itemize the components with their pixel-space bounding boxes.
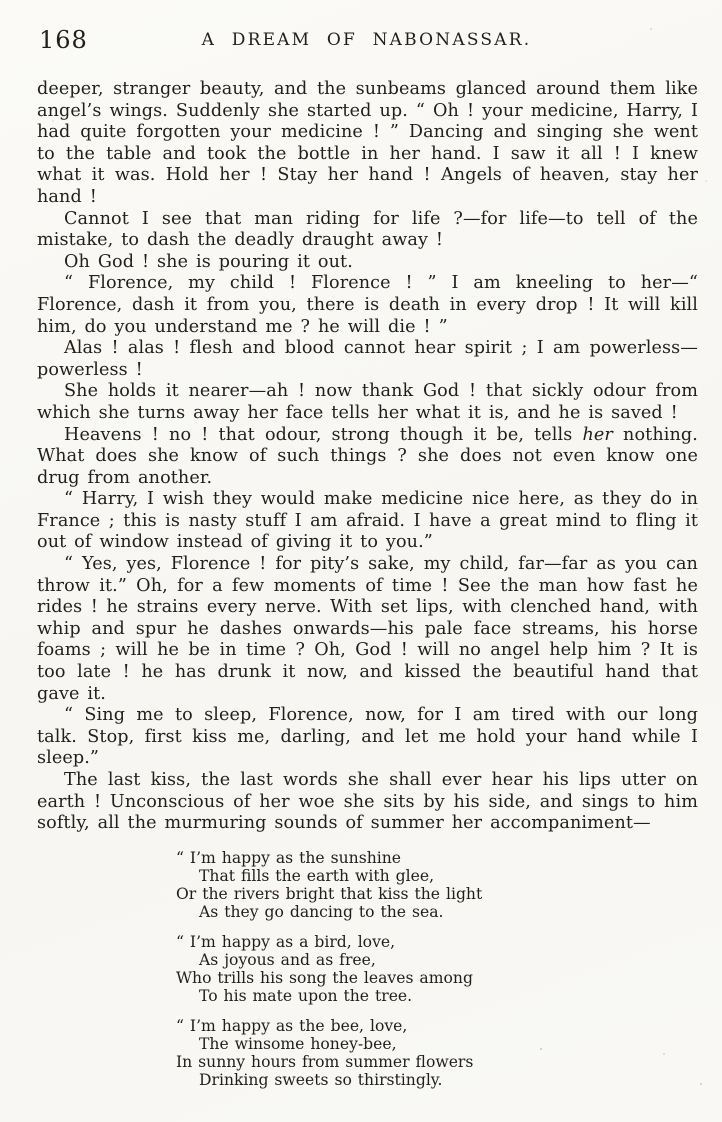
- paragraph: Heavens ! no ! that odour, strong though…: [37, 425, 698, 490]
- poem-line: The winsome honey-bee,: [176, 1035, 698, 1053]
- running-title: A DREAM OF NABONASSAR.: [37, 25, 696, 55]
- poem-line: As joyous and as free,: [176, 951, 698, 969]
- poem-line: As they go dancing to the sea.: [176, 903, 698, 921]
- poem-stanza: “ I’m happy as the sunshine That fills t…: [176, 849, 698, 921]
- poem-line: To his mate upon the tree.: [176, 987, 698, 1005]
- paragraph: “ Yes, yes, Florence ! for pity’s sake, …: [37, 554, 698, 705]
- page-number: 168: [39, 25, 88, 55]
- poem-line: That fills the earth with glee,: [176, 867, 698, 885]
- poem-line: Or the rivers bright that kiss the light: [176, 885, 698, 903]
- paragraph: “ Sing me to sleep, Florence, now, for I…: [37, 705, 698, 770]
- book-page: 168 A DREAM OF NABONASSAR. deeper, stran…: [0, 0, 722, 1122]
- poem-line: Who trills his song the leaves among: [176, 969, 698, 987]
- paragraph: The last kiss, the last words she shall …: [37, 770, 698, 835]
- scan-speckles: [0, 0, 2, 2]
- poem-stanza: “ I’m happy as a bird, love, As joyous a…: [176, 933, 698, 1005]
- paragraph: “ Harry, I wish they would make medicine…: [37, 489, 698, 554]
- poem-line: “ I’m happy as a bird, love,: [176, 933, 698, 951]
- paragraph: She holds it nearer—ah ! now thank God !…: [37, 381, 698, 424]
- paragraph: Alas ! alas ! flesh and blood cannot hea…: [37, 338, 698, 381]
- poem: “ I’m happy as the sunshine That fills t…: [176, 849, 698, 1089]
- paragraph: deeper, stranger beauty, and the sunbeam…: [37, 79, 698, 209]
- paragraph-segment: Heavens ! no ! that odour, strong though…: [64, 425, 582, 445]
- italic-word: her: [582, 425, 612, 445]
- poem-stanza: “ I’m happy as the bee, love, The winsom…: [176, 1017, 698, 1089]
- page-header: 168 A DREAM OF NABONASSAR.: [37, 25, 696, 57]
- page-text: deeper, stranger beauty, and the sunbeam…: [37, 79, 698, 1101]
- poem-line: Drinking sweets so thirstingly.: [176, 1071, 698, 1089]
- poem-line: In sunny hours from summer flowers: [176, 1053, 698, 1071]
- paragraph: Oh God ! she is pouring it out.: [37, 252, 698, 274]
- poem-line: “ I’m happy as the bee, love,: [176, 1017, 698, 1035]
- poem-line: “ I’m happy as the sunshine: [176, 849, 698, 867]
- paragraph: “ Florence, my child ! Florence ! ” I am…: [37, 273, 698, 338]
- paragraph: Cannot I see that man riding for life ?—…: [37, 209, 698, 252]
